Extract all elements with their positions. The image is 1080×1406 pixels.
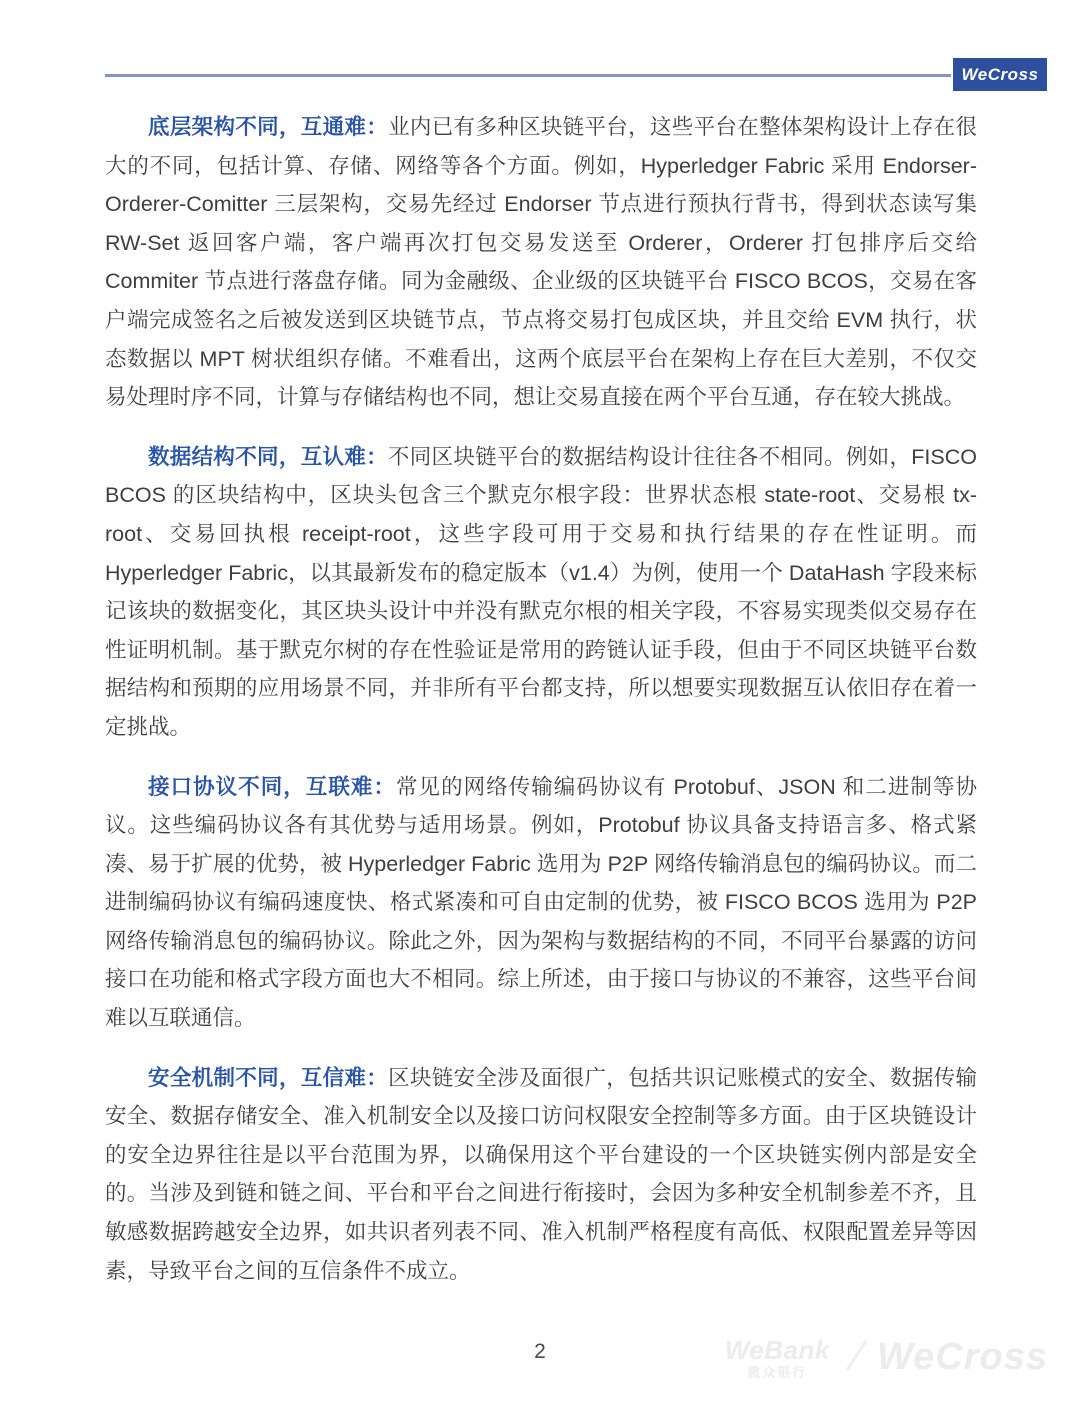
paragraph-heading: 数据结构不同，互认难： bbox=[148, 445, 388, 469]
footer-watermark: WeBank 微众银行 / WeCross bbox=[725, 1335, 1048, 1380]
document-page: WeCross 底层架构不同，互通难：业内已有多种区块链平台，这些平台在整体架构… bbox=[0, 0, 1080, 1406]
webank-logo-chinese: 微众银行 bbox=[747, 1366, 807, 1379]
webank-logo-text: WeBank bbox=[725, 1337, 830, 1363]
wecross-header-logo-text: WeCross bbox=[962, 65, 1039, 85]
paragraph-interface-protocol: 接口协议不同，互联难：常见的网络传输编码协议有 Protobuf、JSON 和二… bbox=[105, 768, 977, 1038]
header-rule bbox=[105, 74, 951, 77]
paragraph-body: 业内已有多种区块链平台，这些平台在整体架构设计上存在很大的不同，包括计算、存储、… bbox=[105, 115, 977, 409]
wecross-footer-logo: WeCross bbox=[877, 1336, 1048, 1379]
paragraph-security-mechanism: 安全机制不同，互信难：区块链安全涉及面很广，包括共识记账模式的安全、数据传输安全… bbox=[105, 1059, 977, 1291]
paragraph-heading: 底层架构不同，互通难： bbox=[148, 115, 388, 139]
paragraph-heading: 安全机制不同，互信难： bbox=[148, 1066, 388, 1090]
webank-logo: WeBank 微众银行 bbox=[725, 1337, 830, 1379]
paragraph-data-structure: 数据结构不同，互认难：不同区块链平台的数据结构设计往往各不相同。例如，FISCO… bbox=[105, 438, 977, 747]
paragraph-architecture: 底层架构不同，互通难：业内已有多种区块链平台，这些平台在整体架构设计上存在很大的… bbox=[105, 108, 977, 417]
paragraph-body: 不同区块链平台的数据结构设计往往各不相同。例如，FISCO BCOS 的区块结构… bbox=[105, 445, 977, 739]
page-content: 底层架构不同，互通难：业内已有多种区块链平台，这些平台在整体架构设计上存在很大的… bbox=[105, 108, 977, 1311]
paragraph-body: 区块链安全涉及面很广，包括共识记账模式的安全、数据传输安全、数据存储安全、准入机… bbox=[105, 1066, 977, 1283]
logo-divider: / bbox=[846, 1335, 865, 1380]
paragraph-body: 常见的网络传输编码协议有 Protobuf、JSON 和二进制等协议。这些编码协… bbox=[105, 775, 977, 1031]
paragraph-heading: 接口协议不同，互联难： bbox=[148, 775, 396, 799]
wecross-header-logo: WeCross bbox=[953, 58, 1047, 91]
